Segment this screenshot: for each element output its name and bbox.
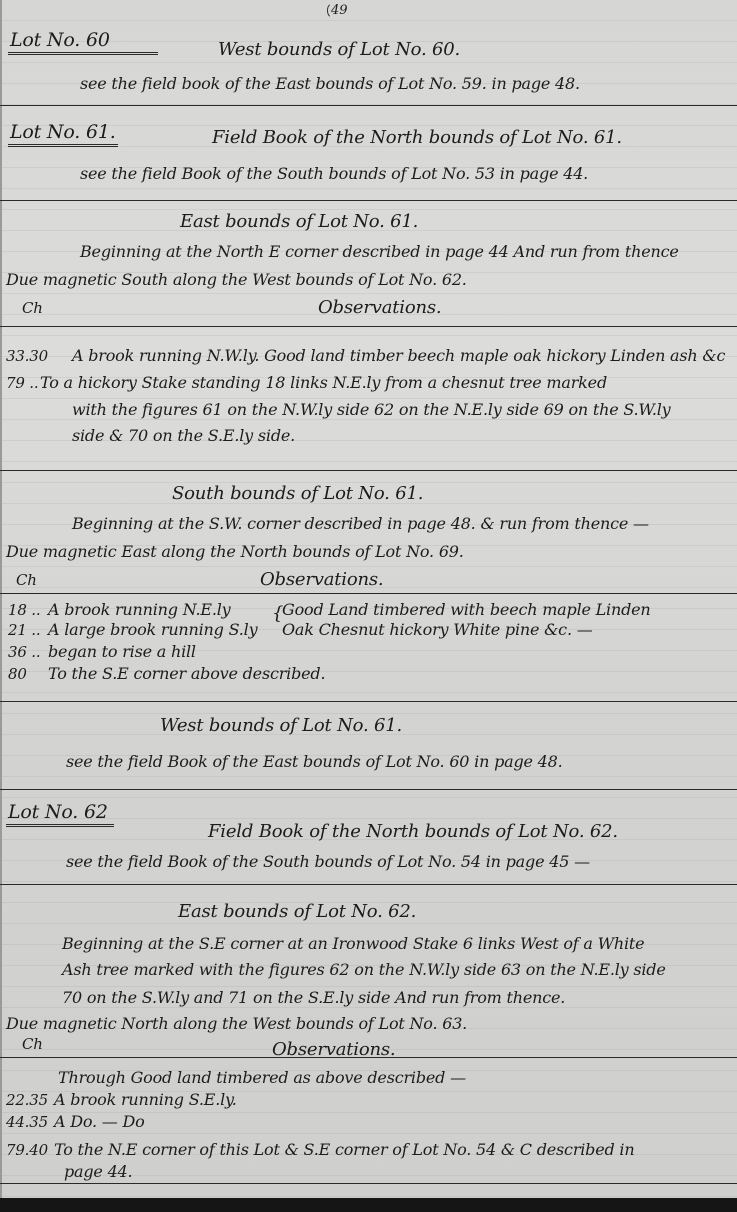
lot-62-east-line-2: Ash tree marked with the figures 62 on t… [62,960,666,980]
row-observation: To a hickory Stake standing 18 links N.E… [40,373,607,393]
row-chain: 44.35 [6,1112,48,1132]
row-observation: side & 70 on the S.E.ly side. [72,426,295,446]
divider [0,470,737,471]
page-edge-shadow [0,1198,737,1212]
lot-61-label: Lot No. 61. [10,122,116,142]
lot-61-east-heading: East bounds of Lot No. 61. [180,212,418,232]
row-observation: A Do. — Do [54,1112,145,1132]
row-chain: 22.35 [6,1090,48,1110]
divider [0,105,737,106]
manuscript-page: 49 Lot No. 60 West bounds of Lot No. 60.… [0,0,737,1200]
lot-62-north-line: see the field Book of the South bounds o… [66,852,590,872]
divider [0,326,737,327]
divider [0,593,737,594]
lot-60-west-line: see the field book of the East bounds of… [80,74,580,94]
row-observation: A brook running S.E.ly. [54,1090,237,1110]
row-observation: Through Good land timbered as above desc… [58,1068,466,1088]
bracket-note-line: Oak Chesnut hickory White pine &c. — [282,620,593,640]
lot-62-north-heading: Field Book of the North bounds of Lot No… [208,822,618,842]
lot-61-east-line-2: Due magnetic South along the West bounds… [6,270,467,290]
row-chain: 79.40 [6,1140,48,1160]
row-chain: 36 .. [8,642,40,662]
lot-62-east-line-1: Beginning at the S.E corner at an Ironwo… [62,934,644,954]
lot-61-south-line-2: Due magnetic East along the North bounds… [6,542,464,562]
row-observation: began to rise a hill [48,642,196,662]
lot-61-south-heading: South bounds of Lot No. 61. [172,484,423,504]
chain-column-header: Ch [16,570,37,590]
row-chain: 80 [8,664,27,684]
row-observation: A brook running N.E.ly [48,600,230,620]
lot-61-west-heading: West bounds of Lot No. 61. [160,716,402,736]
lot-62-underline [6,824,114,827]
row-observation: To the N.E corner of this Lot & S.E corn… [54,1140,634,1160]
lot-62-east-line-3: 70 on the S.W.ly and 71 on the S.E.ly si… [62,988,565,1008]
lot-60-label: Lot No. 60 [10,30,110,50]
observations-header: Observations. [318,298,441,318]
row-chain: 79 .. [6,373,38,393]
lot-62-east-heading: East bounds of Lot No. 62. [178,902,416,922]
divider [0,1183,737,1184]
row-chain: 18 .. [8,600,40,620]
divider [0,701,737,702]
row-chain: 21 .. [8,620,40,640]
lot-61-south-line-1: Beginning at the S.W. corner described i… [72,514,649,534]
row-observation: To the S.E corner above described. [48,664,325,684]
lot-60-underline [8,52,158,55]
chain-column-header: Ch [22,1034,43,1054]
bracket-note-line: Good Land timbered with beech maple Lind… [282,600,651,620]
lot-61-east-line-1: Beginning at the North E corner describe… [80,242,679,262]
divider [0,789,737,790]
lot-62-label: Lot No. 62 [8,802,108,822]
lot-61-underline [8,144,118,147]
page-number: 49 [327,2,352,19]
row-observation: A large brook running S.ly [48,620,257,640]
lot-61-north-heading: Field Book of the North bounds of Lot No… [212,128,622,148]
row-observation: page 44. [64,1162,132,1182]
row-observation: A brook running N.W.ly. Good land timber… [72,346,725,366]
row-chain: 33.30 [6,346,48,366]
lot-61-west-line: see the field Book of the East bounds of… [66,752,563,772]
divider [0,1057,737,1058]
lot-60-west-heading: West bounds of Lot No. 60. [218,40,460,60]
observations-header: Observations. [260,570,383,590]
divider [0,200,737,201]
row-observation: with the figures 61 on the N.W.ly side 6… [72,400,671,420]
lot-62-east-line-4: Due magnetic North along the West bounds… [6,1014,467,1034]
page-margin [0,0,2,1200]
divider [0,884,737,885]
chain-column-header: Ch [22,298,43,318]
lot-61-north-line: see the field Book of the South bounds o… [80,164,588,184]
